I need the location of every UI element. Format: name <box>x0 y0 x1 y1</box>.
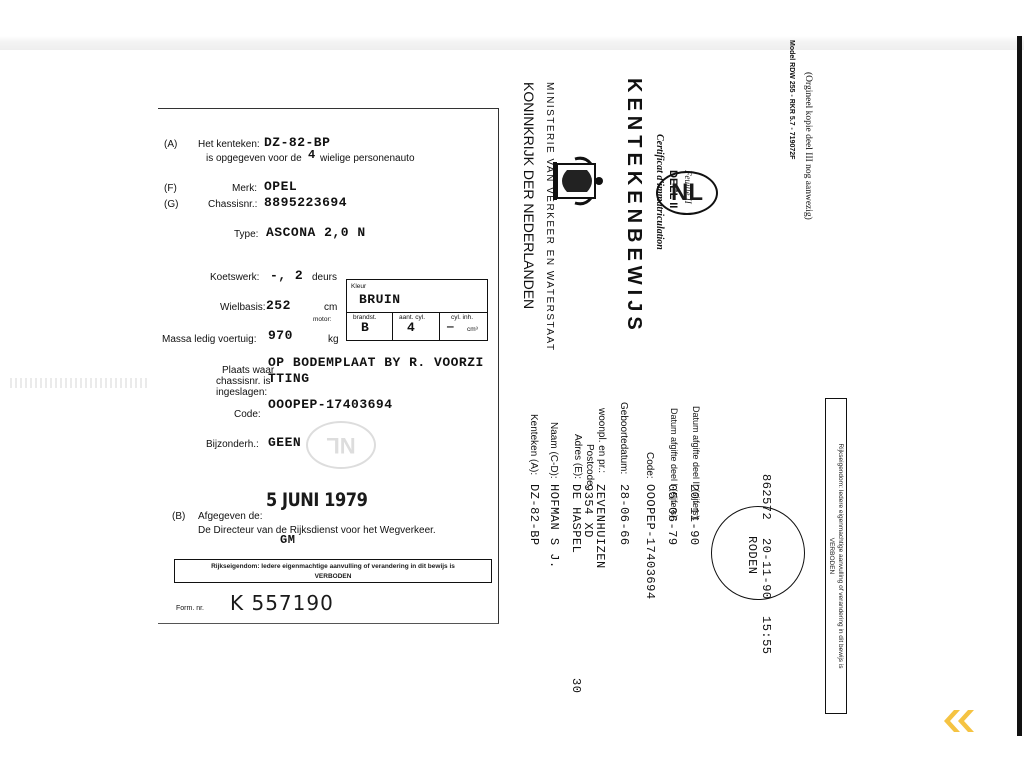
inh-label: cyl. inh. <box>451 314 473 321</box>
double-chevron-left-icon[interactable] <box>940 708 980 734</box>
coat-of-arms-icon <box>549 156 605 206</box>
nl-country-badge: NL <box>656 171 718 215</box>
merk-label: Merk: <box>232 183 257 194</box>
inh-unit: cm³ <box>467 326 478 333</box>
massa-value: 970 <box>268 328 293 343</box>
warning-line-2: VERBODEN <box>827 399 836 713</box>
stamp-time: 15:55 <box>759 616 773 655</box>
field-label: Postcode, <box>584 444 595 488</box>
field-value-code: OOOPEP-17403694 <box>643 484 657 600</box>
opgegeven-prefix: is opgegeven voor de <box>206 153 302 164</box>
kenteken-value: DZ-82-BP <box>264 135 330 150</box>
kleur-motor-box: Kleur BRUIN brandst. B aant. cyl. 4 cyl.… <box>346 279 488 341</box>
afgegeven-label: Afgegeven de: <box>198 511 263 522</box>
plaats-label-3: ingeslagen: <box>216 387 267 398</box>
box-divider <box>439 312 440 340</box>
plaats-value-2: TTING <box>268 371 310 386</box>
original-copy-note: (Orgineel kopie deel III nog aanwezig) <box>803 72 813 220</box>
warning-line-1: Rijkseigendom: Iedere eigenmachtige aanv… <box>836 399 845 713</box>
scan-border <box>1017 36 1022 736</box>
kenteken-label: Het kenteken: <box>198 139 260 150</box>
field-value-geboortedatum: 28-06-66 <box>617 484 631 546</box>
field-value-kenteken: DZ-82-BP <box>527 484 541 546</box>
model-line: Model RDW 255 - RKR 5.7 - 719072F <box>788 40 795 159</box>
plaats-label-1: Plaats waar <box>222 365 274 376</box>
brandst-value: B <box>361 320 369 335</box>
marker-g: (G) <box>164 199 178 210</box>
marker-b: (B) <box>172 511 185 522</box>
kingdom-heading: KONINKRIJK DER NEDERLANDEN <box>521 82 537 309</box>
property-warning-box: Rijkseigendom: Iedere eigenmachtige aanv… <box>174 559 492 583</box>
merk-value: OPEL <box>264 179 297 194</box>
wheels-count: 4 <box>308 148 316 162</box>
field-label: Geboortedatum: <box>618 402 629 474</box>
chassis-value: 8895223694 <box>264 195 347 210</box>
marker-f: (F) <box>164 183 177 194</box>
kg-unit: kg <box>328 334 339 345</box>
type-label: Type: <box>234 229 258 240</box>
field-value-datum-deel-1: 05-06-79 <box>665 484 679 546</box>
field-value-naam: HOFMAN S J. <box>547 484 561 569</box>
directeur-text: De Directeur van de Rijksdienst voor het… <box>198 525 436 536</box>
plaats-label-2: chassisnr. is <box>216 376 270 387</box>
signature-initials: GM <box>280 533 295 547</box>
chassis-label: Chassisnr.: <box>208 199 257 210</box>
inh-value: — <box>447 322 454 334</box>
code-label: Code: <box>234 409 261 420</box>
stamp-number: 862572 <box>759 474 773 520</box>
deurs-label: deurs <box>312 272 337 283</box>
koetswerk-label: Koetswerk: <box>210 272 259 283</box>
form-nr-label: Form. nr. <box>176 605 204 612</box>
code-value: OOOPEP-17403694 <box>268 397 393 412</box>
field-label: Kenteken (A): <box>528 414 539 475</box>
cm-unit: cm <box>324 302 337 313</box>
field-label: Naam (C-D): <box>548 422 559 479</box>
nl-watermark: NL <box>306 421 376 469</box>
kleur-label: Kleur <box>351 283 366 290</box>
field-label: Adres (E): <box>572 434 583 479</box>
warning-line-2: VERBODEN <box>175 572 491 582</box>
stamp-place: RODEN <box>745 536 759 575</box>
afgegeven-date-stamp: 5 JUNI 1979 <box>266 489 367 511</box>
cyl-value: 4 <box>407 320 415 335</box>
registration-card-part-1: (A) Het kenteken: DZ-82-BP is opgegeven … <box>158 108 499 624</box>
bijzonderh-value: GEEN <box>268 435 301 450</box>
type-value: ASCONA 2,0 N <box>266 225 366 240</box>
registration-card-part-2: KONINKRIJK DER NEDERLANDEN MINISTERIE VA… <box>520 38 1015 728</box>
field-value-woonplaats: ZEVENHUIZEN <box>593 484 607 569</box>
field-label: Code: <box>644 452 655 479</box>
warning-line-1: Rijkseigendom: Iedere eigenmachtige aanv… <box>175 562 491 572</box>
property-warning-box: Rijkseigendom: Iedere eigenmachtige aanv… <box>825 398 847 714</box>
plaats-value-1: OP BODEMPLAAT BY R. VOORZI <box>268 355 484 370</box>
box-divider <box>392 312 393 340</box>
kleur-value: BRUIN <box>359 292 401 307</box>
document-title: KENTEKENBEWIJS <box>622 78 645 335</box>
house-number: 30 <box>569 678 583 693</box>
field-label: woonpl. en pr.: <box>596 408 607 473</box>
stamp-date: 20-11-90 <box>759 538 773 600</box>
ministry-heading: MINISTERIE VAN VERKEER EN WATERSTAAT <box>544 82 555 352</box>
opgegeven-suffix: wielige personenauto <box>320 153 415 164</box>
box-divider <box>347 312 487 313</box>
scan-noise <box>10 378 150 388</box>
form-nr-value: K 557190 <box>230 591 334 615</box>
bijzonderh-label: Bijzonderh.: <box>206 439 259 450</box>
field-value-datum-deel-2: 20-11-90 <box>687 484 701 546</box>
koetswerk-value: -, 2 <box>270 268 303 283</box>
marker-a: (A) <box>164 139 177 150</box>
wielbasis-label: Wielbasis: <box>220 302 266 313</box>
motor-label: motor: <box>313 316 331 323</box>
massa-label: Massa ledig voertuig: <box>162 334 257 345</box>
wielbasis-value: 252 <box>266 298 291 313</box>
